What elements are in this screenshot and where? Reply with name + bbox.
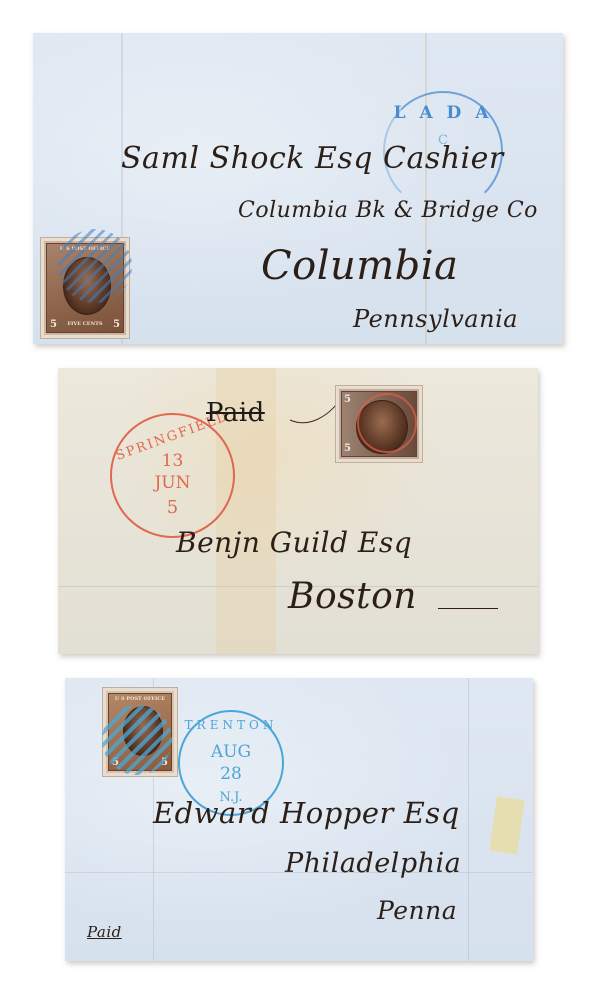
postmark-springfield: SPRINGFIELD 13 JUN 5 [110,413,235,538]
postmark-rate: 5 [112,497,233,518]
address-line-1: Saml Shock Esq Cashier [121,141,504,176]
postmark-arc-text: L A D A [385,103,501,123]
postmark-month: JUN [112,473,233,493]
address-line-2: Columbia Bk & Bridge Co [238,198,538,223]
fold-line [468,678,469,961]
cancel-mark [357,393,417,453]
postmark-arc-text: TRENTON [180,718,282,732]
stamp-top-text: U S POST OFFICE [111,696,169,702]
postmark-month: AUG [180,742,282,762]
address-line-3: Columbia [261,243,458,289]
cancel-mark [102,705,172,775]
address-line-2: Philadelphia [285,848,461,879]
stamp-5-cent-franklin: U S POST OFFICE 5 5 [103,688,177,776]
stamp-value-right: 5 [344,443,351,454]
address-line-1: Benjn Guild Esq [176,526,412,559]
cover-1: L A D A C U S POST OFFICE 5 5 FIVE CENTS… [33,33,563,344]
stamp-value-right: 5 [113,319,120,330]
stamp-5-cent-franklin: 5 5 [336,386,422,462]
address-line-2: Boston [288,576,417,617]
stamp-5-cent-franklin: U S POST OFFICE 5 5 FIVE CENTS [41,238,129,338]
manuscript-paid-mark: Paid [206,398,265,428]
cancel-mark [58,229,132,303]
cover-2: SPRINGFIELD 13 JUN 5 Paid 5 5 Benjn Guil… [58,368,538,654]
address-line-3: Penna [377,896,457,925]
postmark-day: 28 [180,764,282,784]
stamp-value-left: 5 [50,319,57,330]
cover-3: U S POST OFFICE 5 5 TRENTON AUG 28 N.J. … [65,678,533,961]
stamp-bottom-text: FIVE CENTS [61,321,109,327]
address-line-1: Edward Hopper Esq [153,796,460,830]
address-line-4: Pennsylvania [353,305,518,333]
docket-paid: Paid [87,923,122,941]
paper-stain [489,796,524,854]
postmark-day: 13 [112,451,233,471]
address-underline [438,608,498,609]
stamp-value-left: 5 [344,394,351,405]
